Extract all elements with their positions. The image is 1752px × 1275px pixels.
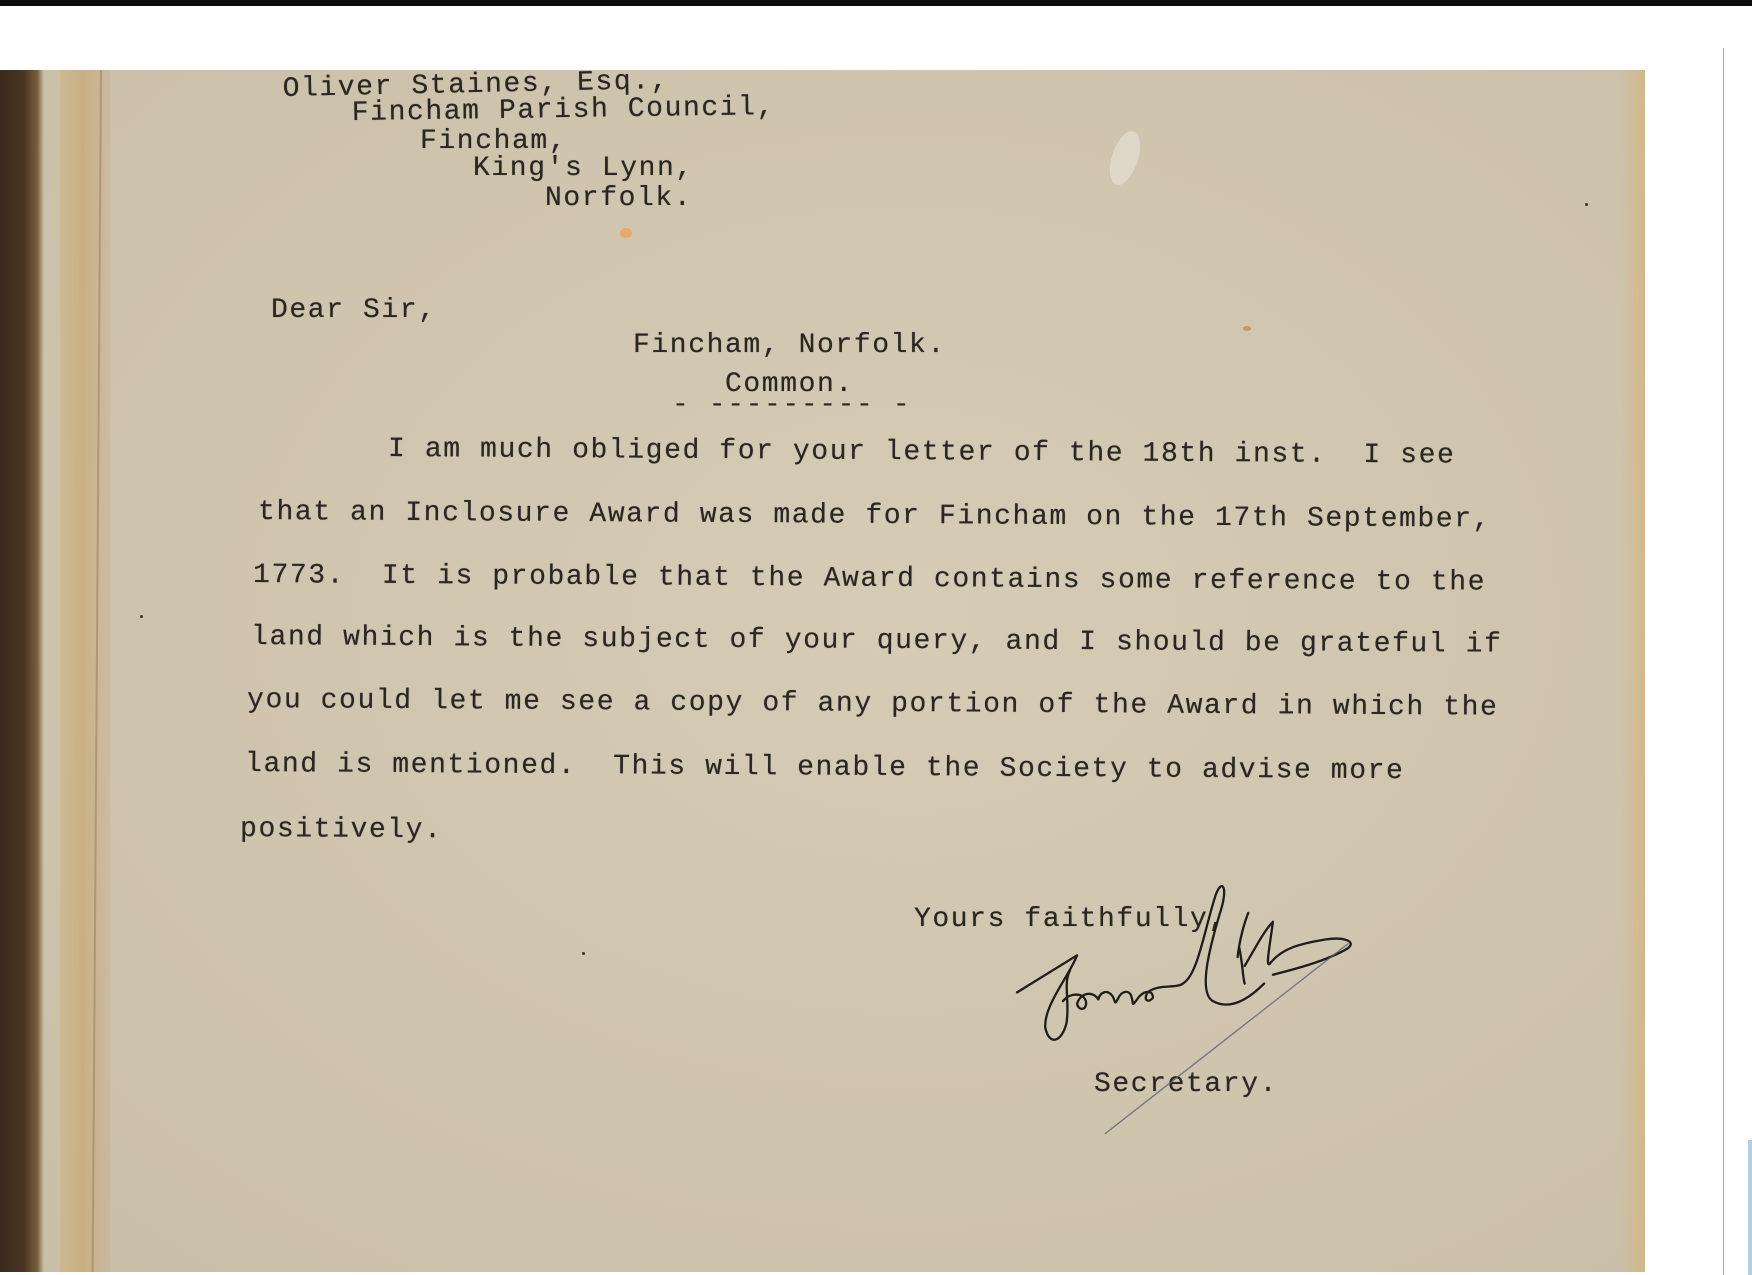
paper-speck xyxy=(620,228,632,238)
subject-line-1: Fincham, Norfolk. xyxy=(633,332,946,360)
page-edge-discoloration xyxy=(1621,70,1645,1272)
file-binding-fold xyxy=(60,70,110,1272)
file-binding-shadow xyxy=(0,70,44,1272)
letter-photo: Oliver Staines, Esq., Fincham Parish Cou… xyxy=(0,70,1645,1272)
body-line-4: land which is the subject of your query,… xyxy=(251,624,1503,660)
body-line-1: I am much obliged for your letter of the… xyxy=(388,436,1456,471)
subject-underline: - --------- - xyxy=(672,392,911,420)
body-line-2: that an Inclosure Award was made for Fin… xyxy=(258,499,1491,535)
paper-speck xyxy=(1243,326,1251,331)
paper-stain xyxy=(1104,127,1146,188)
body-line-7: positively. xyxy=(240,816,443,845)
recipient-city: King's Lynn, xyxy=(473,155,694,183)
scan-canvas: Oliver Staines, Esq., Fincham Parish Cou… xyxy=(0,0,1752,1275)
body-line-5: you could let me see a copy of any porti… xyxy=(247,687,1499,723)
paper-speck xyxy=(1585,203,1588,206)
recipient-county: Norfolk. xyxy=(545,185,692,213)
paper-speck xyxy=(140,615,143,618)
body-line-6: land is mentioned. This will enable the … xyxy=(245,751,1405,786)
recipient-town: Fincham, xyxy=(420,128,567,156)
scanner-margin-line xyxy=(1723,48,1724,1275)
body-line-3: 1773. It is probable that the Award cont… xyxy=(253,562,1486,598)
salutation: Dear Sir, xyxy=(271,297,437,325)
handwritten-signature xyxy=(980,860,1460,1160)
recipient-organization: Fincham Parish Council, xyxy=(352,94,776,128)
scanner-edge-tint xyxy=(1748,1140,1752,1275)
paper-speck xyxy=(582,952,585,955)
scanner-top-edge xyxy=(0,0,1752,6)
